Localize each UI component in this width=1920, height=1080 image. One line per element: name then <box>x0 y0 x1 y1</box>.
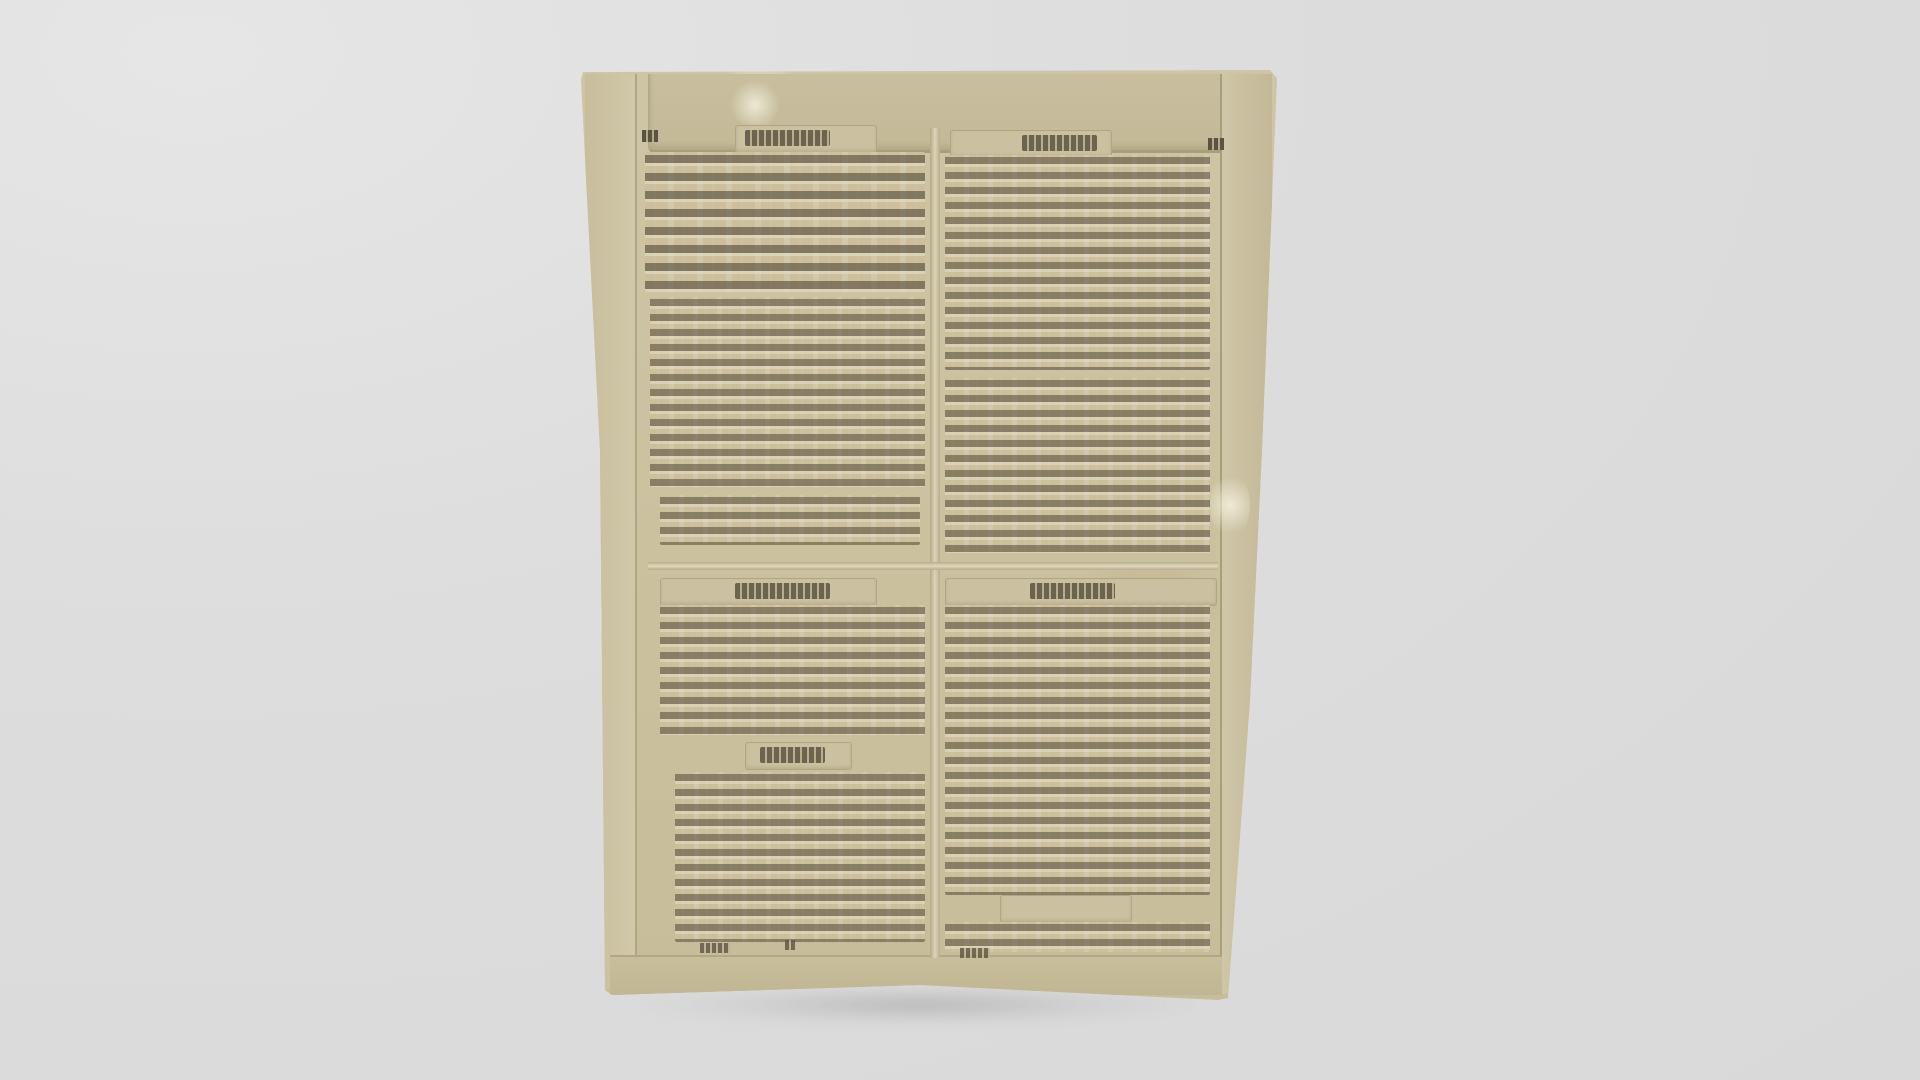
catchword <box>785 940 795 950</box>
plate-label: Printing plate (mirrored Hebrew text) <box>0 0 1 1</box>
text-block-bottom-right <box>945 605 1210 895</box>
page-number-mark <box>1208 138 1224 150</box>
text-block-top-right-lower <box>945 378 1210 553</box>
subheading-bottom-left <box>760 747 825 763</box>
catchword <box>700 943 730 953</box>
heading-frame <box>1000 895 1132 923</box>
text-block-bottom-left <box>660 605 925 735</box>
section-heading-bottom-right: mirrored Hebrew heading (illegible) <box>1030 583 1115 599</box>
chip-mark <box>1210 470 1250 540</box>
left-margin-band <box>585 74 637 989</box>
chip-mark <box>730 80 780 130</box>
section-heading-top-right: mirrored Hebrew heading (illegible) <box>1022 135 1097 151</box>
photo-scene: Printing plate (mirrored Hebrew text) mi… <box>0 0 1920 1080</box>
section-heading-bottom-left: mirrored Hebrew heading (illegible) <box>735 583 830 599</box>
text-block-top-left-large <box>645 152 925 292</box>
column-divider <box>930 128 940 958</box>
section-divider <box>648 562 1218 570</box>
section-heading-top-left: mirrored Hebrew heading (illegible) <box>745 130 830 146</box>
text-block-bottom-left-lower <box>675 772 925 942</box>
page-number-mark <box>642 130 658 142</box>
catchword <box>960 948 990 958</box>
text-block-top-right <box>945 155 1210 370</box>
printing-plate: Printing plate (mirrored Hebrew text) mi… <box>0 0 1920 1080</box>
text-block-top-left-commentary <box>650 297 925 487</box>
text-block-top-left-tail <box>660 495 920 545</box>
